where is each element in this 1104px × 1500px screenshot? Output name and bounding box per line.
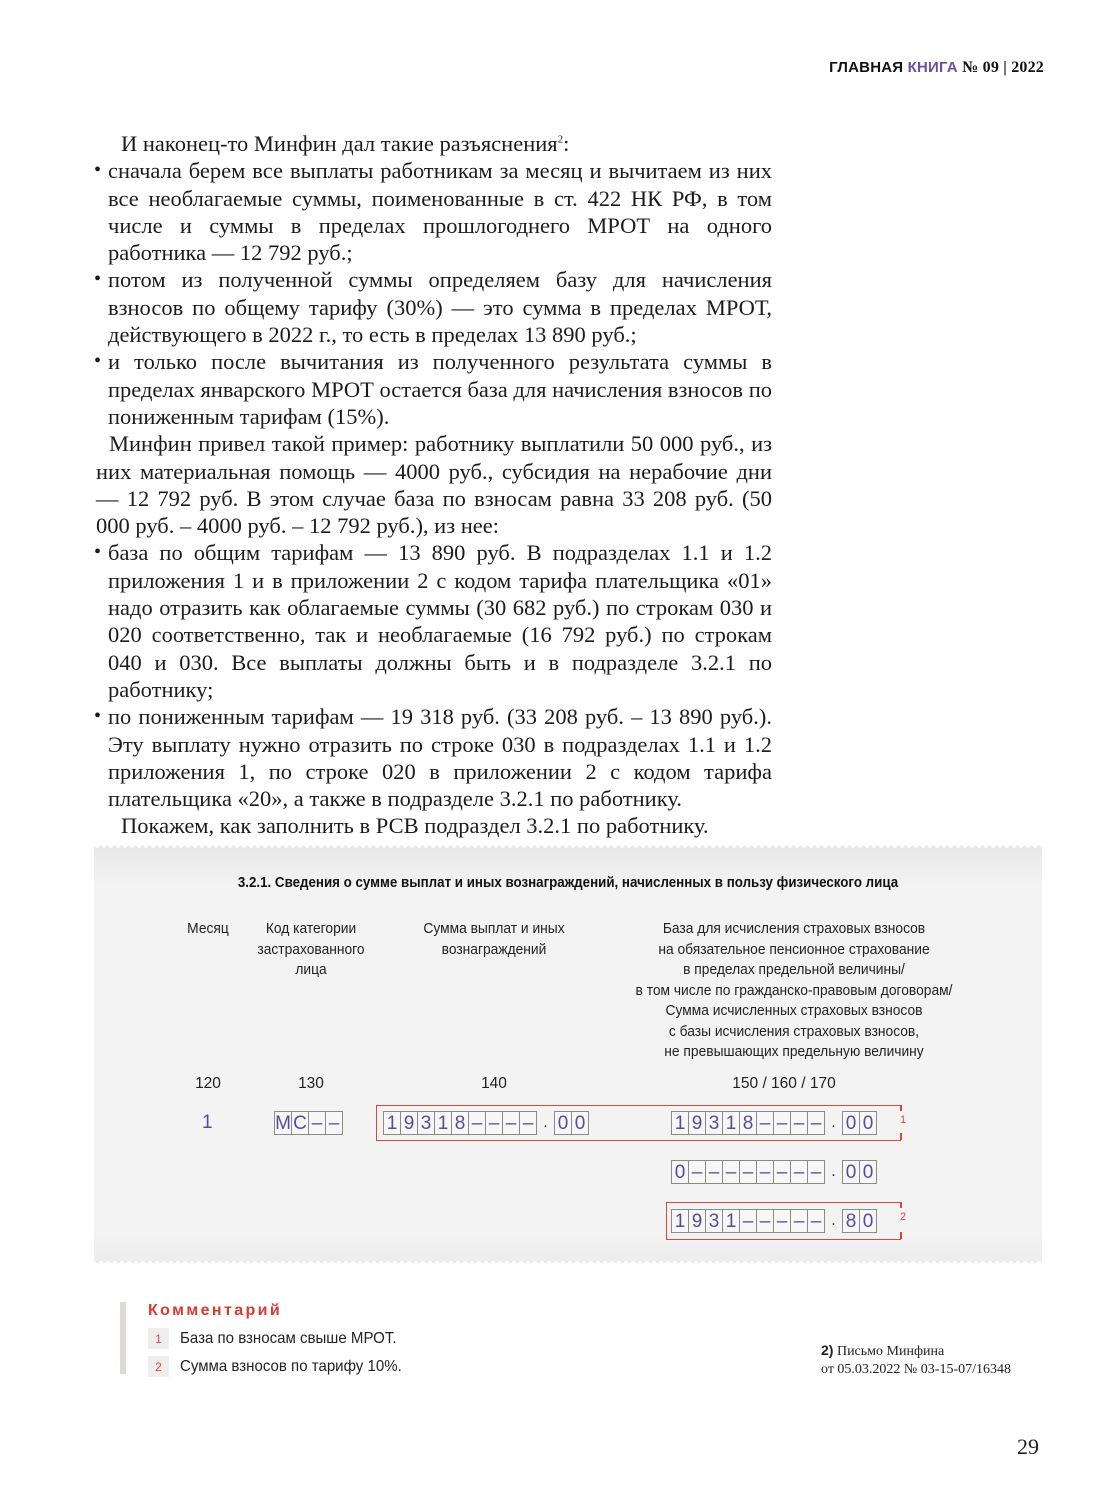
- char-cell: 1: [671, 1209, 688, 1233]
- footnote-text-1: Письмо Минфина: [837, 1344, 944, 1359]
- article-body: И наконец-то Минфин дал такие разъяснени…: [108, 130, 772, 840]
- char-cell: 0: [571, 1111, 589, 1135]
- form-title: 3.2.1. Сведения о сумме выплат и иных во…: [132, 875, 1004, 891]
- form-illustration: 3.2.1. Сведения о сумме выплат и иных во…: [94, 845, 1042, 1263]
- char-cell: –: [688, 1160, 705, 1184]
- intro-paragraph: И наконец-то Минфин дал такие разъяснени…: [108, 130, 772, 157]
- comment-text: Сумма взносов по тарифу 10%.: [180, 1358, 402, 1376]
- comment-item: 2 Сумма взносов по тарифу 10%.: [148, 1356, 416, 1377]
- comment-item: 1 База по взносам свыше МРОТ.: [148, 1328, 410, 1349]
- comment-bar: [120, 1302, 126, 1374]
- char-cell: –: [790, 1111, 807, 1135]
- torn-edge-bottom: [94, 1258, 1042, 1264]
- char-cell: 0: [859, 1209, 877, 1233]
- char-cell: –: [756, 1111, 773, 1135]
- char-cell: 0: [671, 1160, 688, 1184]
- decimal-point: .: [825, 1212, 842, 1230]
- char-cell: 8: [451, 1111, 468, 1135]
- char-cell: –: [773, 1160, 790, 1184]
- char-cell: –: [468, 1111, 485, 1135]
- magazine-name-part1: ГЛАВНАЯ: [829, 59, 903, 76]
- char-cell: –: [722, 1160, 739, 1184]
- decimal-point: .: [825, 1163, 842, 1181]
- sum-140-field[interactable]: 19318––––.00: [383, 1111, 589, 1135]
- char-cell: 9: [400, 1111, 417, 1135]
- base-150-field[interactable]: 19318––––.00: [671, 1111, 877, 1135]
- char-cell: –: [705, 1160, 722, 1184]
- char-cell: 0: [554, 1111, 571, 1135]
- char-cell: С: [291, 1111, 308, 1135]
- decimal-point: .: [537, 1114, 554, 1132]
- column-header-base: База для исчисления страховых взносов на…: [610, 919, 978, 1063]
- char-cell: –: [756, 1160, 773, 1184]
- char-cell: –: [790, 1160, 807, 1184]
- page-number: 29: [1017, 1434, 1039, 1460]
- magazine-name-part2: КНИГА: [908, 59, 958, 76]
- annotation-marker-1: 1: [900, 1114, 906, 1126]
- column-code-base: 150 / 160 / 170: [714, 1075, 854, 1093]
- list-item: по пониженным тарифам — 19 318 руб. (33 …: [108, 703, 772, 812]
- footnote: 2) Письмо Минфина от 05.03.2022 № 03-15-…: [821, 1341, 1011, 1379]
- char-cell: –: [308, 1111, 325, 1135]
- char-cell: 8: [739, 1111, 756, 1135]
- char-cell: 1: [383, 1111, 400, 1135]
- comment-title: Комментарий: [148, 1302, 282, 1320]
- char-cell: –: [807, 1111, 825, 1135]
- char-cell: –: [739, 1160, 756, 1184]
- example-paragraph: Минфин привел такой пример: работнику вы…: [96, 430, 772, 539]
- comment-text: База по взносам свыше МРОТ.: [180, 1330, 397, 1348]
- char-cell: 8: [842, 1209, 859, 1233]
- char-cell: М: [274, 1111, 291, 1135]
- char-cell: 1: [671, 1111, 688, 1135]
- char-cell: –: [773, 1111, 790, 1135]
- char-cell: –: [790, 1209, 807, 1233]
- list-item: база по общим тарифам — 13 890 руб. В по…: [108, 539, 772, 703]
- char-cell: –: [739, 1209, 756, 1233]
- column-header-sum: Сумма выплат и иных вознаграждений: [402, 919, 586, 960]
- char-cell: –: [807, 1160, 825, 1184]
- annotation-marker-2: 2: [900, 1211, 906, 1223]
- torn-edge-top: [94, 845, 1042, 851]
- category-code-field[interactable]: МС––: [274, 1111, 343, 1135]
- char-cell: 3: [705, 1209, 722, 1233]
- char-cell: 1: [722, 1111, 739, 1135]
- column-header-category: Код категории застрахованного лица: [247, 919, 376, 981]
- column-code-category: 130: [291, 1075, 331, 1093]
- footnote-number: 2): [821, 1342, 833, 1358]
- char-cell: 1: [722, 1209, 739, 1233]
- decimal-point: .: [825, 1114, 842, 1132]
- char-cell: 0: [859, 1160, 877, 1184]
- base-160-field[interactable]: 0––––––––.00: [671, 1160, 877, 1184]
- char-cell: –: [485, 1111, 502, 1135]
- char-cell: 9: [688, 1209, 705, 1233]
- list-item: сначала берем все выплаты работникам за …: [108, 157, 772, 266]
- column-header-month: Месяц: [180, 919, 235, 940]
- footnote-text-2: от 05.03.2022 № 03-15-07/16348: [821, 1362, 1011, 1377]
- char-cell: 3: [417, 1111, 434, 1135]
- month-value: 1: [202, 1112, 213, 1134]
- list-item: и только после вычитания из полученного …: [108, 348, 772, 430]
- comment-number: 2: [148, 1356, 169, 1377]
- magazine-header: ГЛАВНАЯ КНИГА № 09 | 2022: [829, 59, 1044, 77]
- explanation-list: сначала берем все выплаты работникам за …: [108, 157, 772, 430]
- char-cell: 9: [688, 1111, 705, 1135]
- contrib-170-field[interactable]: 1931–––––.80: [671, 1209, 877, 1233]
- column-code-sum: 140: [474, 1075, 514, 1093]
- comment-number: 1: [148, 1328, 169, 1349]
- char-cell: –: [502, 1111, 519, 1135]
- char-cell: –: [519, 1111, 537, 1135]
- closing-paragraph: Покажем, как заполнить в РСВ подраздел 3…: [108, 812, 772, 839]
- list-item: потом из полученной суммы определяем баз…: [108, 266, 772, 348]
- char-cell: –: [807, 1209, 825, 1233]
- char-cell: 1: [434, 1111, 451, 1135]
- char-cell: –: [773, 1209, 790, 1233]
- example-list: база по общим тарифам — 13 890 руб. В по…: [108, 539, 772, 812]
- char-cell: 0: [859, 1111, 877, 1135]
- char-cell: 0: [842, 1160, 859, 1184]
- char-cell: –: [756, 1209, 773, 1233]
- char-cell: –: [325, 1111, 343, 1135]
- issue-number: № 09 | 2022: [962, 59, 1044, 76]
- char-cell: 0: [842, 1111, 859, 1135]
- char-cell: 3: [705, 1111, 722, 1135]
- column-code-month: 120: [188, 1075, 228, 1093]
